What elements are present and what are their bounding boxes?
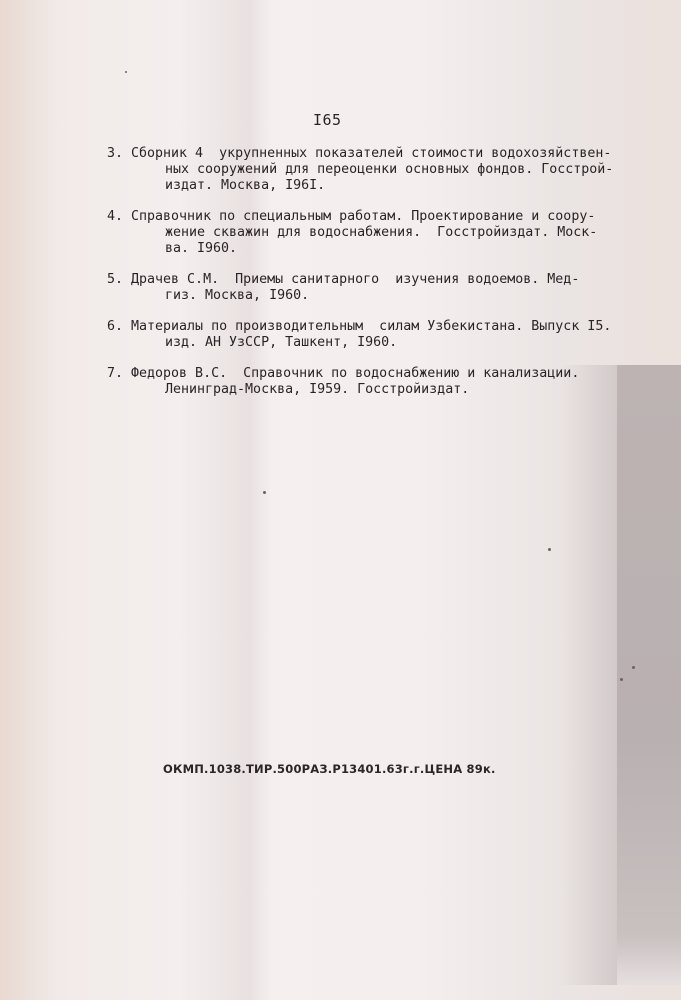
paper-speck (263, 491, 266, 494)
reference-line: Ленинград-Москва, I959. Госстройиздат. (107, 382, 677, 398)
reference-item: 4. Справочник по специальным работам. Пр… (107, 209, 677, 257)
reference-line: изд. АН УзССР, Ташкент, I960. (107, 335, 677, 351)
reference-line: жение скважин для водоснабжения. Госстро… (107, 225, 677, 241)
scan-shadow-gradient (560, 365, 617, 985)
reference-item: 7. Федоров В.С. Справочник по водоснабже… (107, 366, 677, 398)
page-number: I65 (313, 111, 342, 129)
reference-line: 7. Федоров В.С. Справочник по водоснабже… (107, 366, 677, 382)
reference-item: 3. Сборник 4 укрупненных показателей сто… (107, 146, 677, 194)
paper-speck (632, 666, 635, 669)
paper-speck (620, 678, 623, 681)
reference-item: 5. Драчев С.М. Приемы санитарного изучен… (107, 272, 677, 304)
reference-line: гиз. Москва, I960. (107, 288, 677, 304)
paper-speck (125, 71, 127, 73)
reference-line: 5. Драчев С.М. Приемы санитарного изучен… (107, 272, 677, 288)
reference-line: ва. I960. (107, 241, 677, 257)
reference-line: 4. Справочник по специальным работам. Пр… (107, 209, 677, 225)
reference-line: 6. Материалы по производительным силам У… (107, 319, 677, 335)
reference-list: 3. Сборник 4 укрупненных показателей сто… (107, 146, 677, 413)
imprint-line: ОКМП.1038.ТИР.500РАЗ.Р13401.63г.г.ЦЕНА 8… (163, 762, 496, 776)
scan-shadow (617, 365, 681, 985)
paper-speck (548, 548, 551, 551)
reference-line: издат. Москва, I96I. (107, 178, 677, 194)
reference-line: 3. Сборник 4 укрупненных показателей сто… (107, 146, 677, 162)
reference-item: 6. Материалы по производительным силам У… (107, 319, 677, 351)
reference-line: ных сооружений для переоценки основных ф… (107, 162, 677, 178)
